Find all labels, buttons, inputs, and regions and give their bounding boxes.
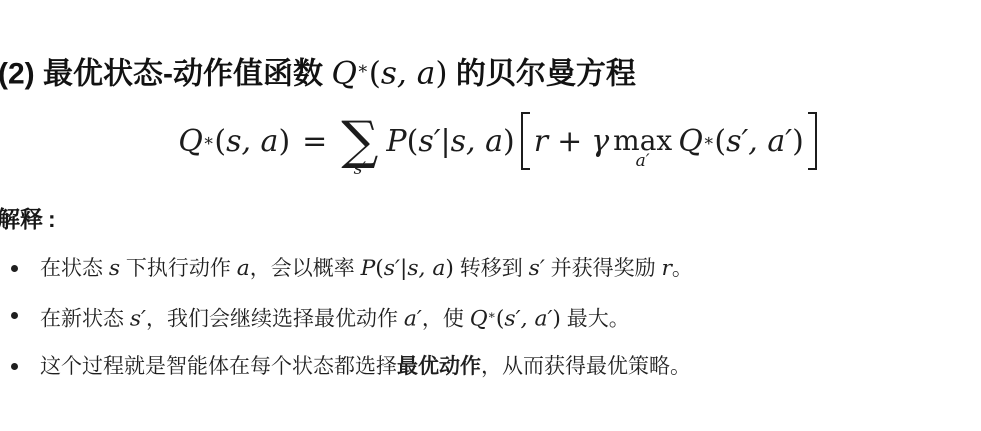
- document-page: (2) 最优状态-动作值函数 Q∗(s, a) 的贝尔曼方程 Q∗(s, a) …: [0, 0, 981, 431]
- explanation-list: 在状态 s 下执行动作 a，会以概率 P(s′|s, a) 转移到 s′ 并获得…: [0, 252, 981, 397]
- list-item-text: 在状态 s 下执行动作 a，会以概率 P(s′|s, a) 转移到 s′ 并获得…: [40, 252, 693, 285]
- eq-prob-vars: s, a: [451, 124, 503, 159]
- eq-q-next: Q: [678, 124, 703, 159]
- explanation-label-text: 解释: [0, 206, 43, 232]
- bullet-icon: [11, 363, 18, 370]
- right-bracket-icon: [808, 112, 817, 170]
- section-heading: (2) 最优状态-动作值函数 Q∗(s, a) 的贝尔曼方程: [0, 50, 636, 94]
- eq-equals-sign: =: [302, 124, 327, 159]
- eq-sum-subscript: s′: [354, 161, 367, 178]
- eq-lhs-vars: s, a: [226, 124, 278, 159]
- eq-prob-close-paren: ): [503, 124, 515, 159]
- list-item: 这个过程就是智能体在每个状态都选择最优动作，从而获得最优策略。: [0, 350, 981, 383]
- left-bracket-icon: [521, 112, 530, 170]
- eq-prob-bar: |: [441, 124, 451, 159]
- eq-prob-s-prime: s′: [418, 124, 440, 159]
- list-item-text: 在新状态 s′，我们会继续选择最优动作 a′，使 Q∗(s′, a′) 最大。: [40, 299, 630, 336]
- eq-prob-p: P: [386, 124, 406, 159]
- eq-q-next-star: ∗: [703, 131, 715, 151]
- explanation-label: 解释:: [0, 204, 56, 234]
- eq-plus-sign: +: [557, 124, 582, 159]
- eq-lhs-star: ∗: [203, 131, 215, 151]
- eq-gamma: γ: [591, 124, 609, 159]
- list-item: 在状态 s 下执行动作 a，会以概率 P(s′|s, a) 转移到 s′ 并获得…: [0, 252, 981, 285]
- bellman-equation: Q∗(s, a) = ∑ s′ P(s′|s, a) r + γ max a′ …: [0, 95, 981, 187]
- explanation-colon: :: [48, 206, 56, 232]
- eq-q-next-close-paren: ): [792, 124, 804, 159]
- eq-max-subscript: a′: [636, 153, 650, 170]
- eq-prob-open-paren: (: [407, 124, 419, 159]
- eq-lhs-q: Q: [178, 124, 203, 159]
- sigma-sum-icon: ∑: [341, 117, 378, 165]
- eq-max-operator: max a′: [613, 126, 672, 156]
- bullet-icon: [11, 312, 18, 319]
- bullet-icon: [11, 265, 18, 272]
- eq-q-next-open-paren: (: [714, 124, 726, 159]
- eq-reward-r: r: [534, 124, 548, 159]
- eq-q-next-vars: s′, a′: [726, 124, 792, 159]
- list-item: 在新状态 s′，我们会继续选择最优动作 a′，使 Q∗(s′, a′) 最大。: [0, 299, 981, 336]
- eq-lhs-open-paren: (: [214, 124, 226, 159]
- list-item-text: 这个过程就是智能体在每个状态都选择最优动作，从而获得最优策略。: [40, 350, 691, 383]
- eq-lhs-close-paren: ): [278, 124, 290, 159]
- eq-summation: ∑ s′: [341, 117, 378, 165]
